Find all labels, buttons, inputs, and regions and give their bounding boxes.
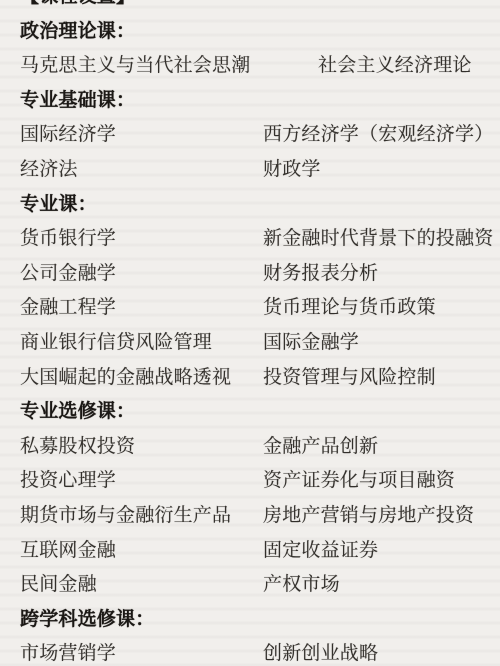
course-right: 创新创业战略	[263, 637, 378, 666]
course-row: 经济法财政学	[0, 153, 500, 188]
course-left: 货币银行学	[20, 228, 116, 249]
course-left: 国际经济学	[20, 124, 116, 145]
course-left: 市场营销学	[20, 643, 116, 664]
course-left: 期货市场与金融衍生产品	[20, 505, 231, 526]
section-heading-text: 专业选修课：	[20, 401, 135, 422]
section-heading: 政治理论课：	[0, 15, 500, 50]
course-right: 货币理论与货币政策	[263, 291, 436, 326]
course-sections: 政治理论课：马克思主义与当代社会思潮社会主义经济理论专业基础课：国际经济学西方经…	[0, 15, 500, 666]
section-heading: 专业基础课：	[0, 84, 500, 119]
course-right: 投资管理与风险控制	[263, 361, 436, 396]
course-right: 新金融时代背景下的投融资	[263, 222, 493, 257]
course-row: 投资心理学资产证券化与项目融资	[0, 464, 500, 499]
course-row: 国际经济学西方经济学（宏观经济学）	[0, 118, 500, 153]
course-right: 固定收益证券	[263, 534, 378, 569]
course-row: 大国崛起的金融战略透视投资管理与风险控制	[0, 361, 500, 396]
course-left: 商业银行信贷风险管理	[20, 332, 212, 353]
section-heading-text: 政治理论课：	[20, 21, 135, 42]
course-row: 市场营销学创新创业战略	[0, 637, 500, 666]
course-right: 西方经济学（宏观经济学）	[263, 118, 493, 153]
course-left: 金融工程学	[20, 297, 116, 318]
course-right: 财政学	[263, 153, 321, 188]
course-left: 私募股权投资	[20, 436, 135, 457]
course-left: 投资心理学	[20, 470, 116, 491]
course-right: 国际金融学	[263, 326, 359, 361]
course-row: 商业银行信贷风险管理国际金融学	[0, 326, 500, 361]
course-row: 公司金融学财务报表分析	[0, 257, 500, 292]
course-left: 大国崛起的金融战略透视	[20, 367, 231, 388]
course-row: 私募股权投资金融产品创新	[0, 430, 500, 465]
course-document: 【课程设置】 政治理论课：马克思主义与当代社会思潮社会主义经济理论专业基础课：国…	[0, 0, 500, 666]
course-row: 金融工程学货币理论与货币政策	[0, 291, 500, 326]
course-right: 财务报表分析	[263, 257, 378, 292]
section-heading-text: 专业基础课：	[20, 90, 135, 111]
course-row: 民间金融产权市场	[0, 568, 500, 603]
course-left: 马克思主义与当代社会思潮	[20, 55, 250, 76]
course-right: 产权市场	[263, 568, 340, 603]
section-heading: 专业选修课：	[0, 395, 500, 430]
course-row: 期货市场与金融衍生产品房地产营销与房地产投资	[0, 499, 500, 534]
course-row: 货币银行学新金融时代背景下的投融资	[0, 222, 500, 257]
course-left: 互联网金融	[20, 540, 116, 561]
course-right: 房地产营销与房地产投资	[263, 499, 474, 534]
course-left: 民间金融	[20, 574, 97, 595]
section-heading: 专业课：	[0, 188, 500, 223]
section-heading: 跨学科选修课：	[0, 603, 500, 638]
course-left: 公司金融学	[20, 263, 116, 284]
course-right: 金融产品创新	[263, 430, 378, 465]
course-left: 经济法	[20, 159, 78, 180]
section-heading-text: 专业课：	[20, 194, 97, 215]
clipped-top-heading-text: 【课程设置】	[20, 0, 135, 7]
course-right: 社会主义经济理论	[318, 49, 472, 84]
course-right: 资产证券化与项目融资	[263, 464, 455, 499]
course-row: 马克思主义与当代社会思潮社会主义经济理论	[0, 49, 500, 84]
section-heading-text: 跨学科选修课：	[20, 609, 154, 630]
clipped-top-heading: 【课程设置】	[0, 0, 500, 15]
course-row: 互联网金融固定收益证券	[0, 534, 500, 569]
